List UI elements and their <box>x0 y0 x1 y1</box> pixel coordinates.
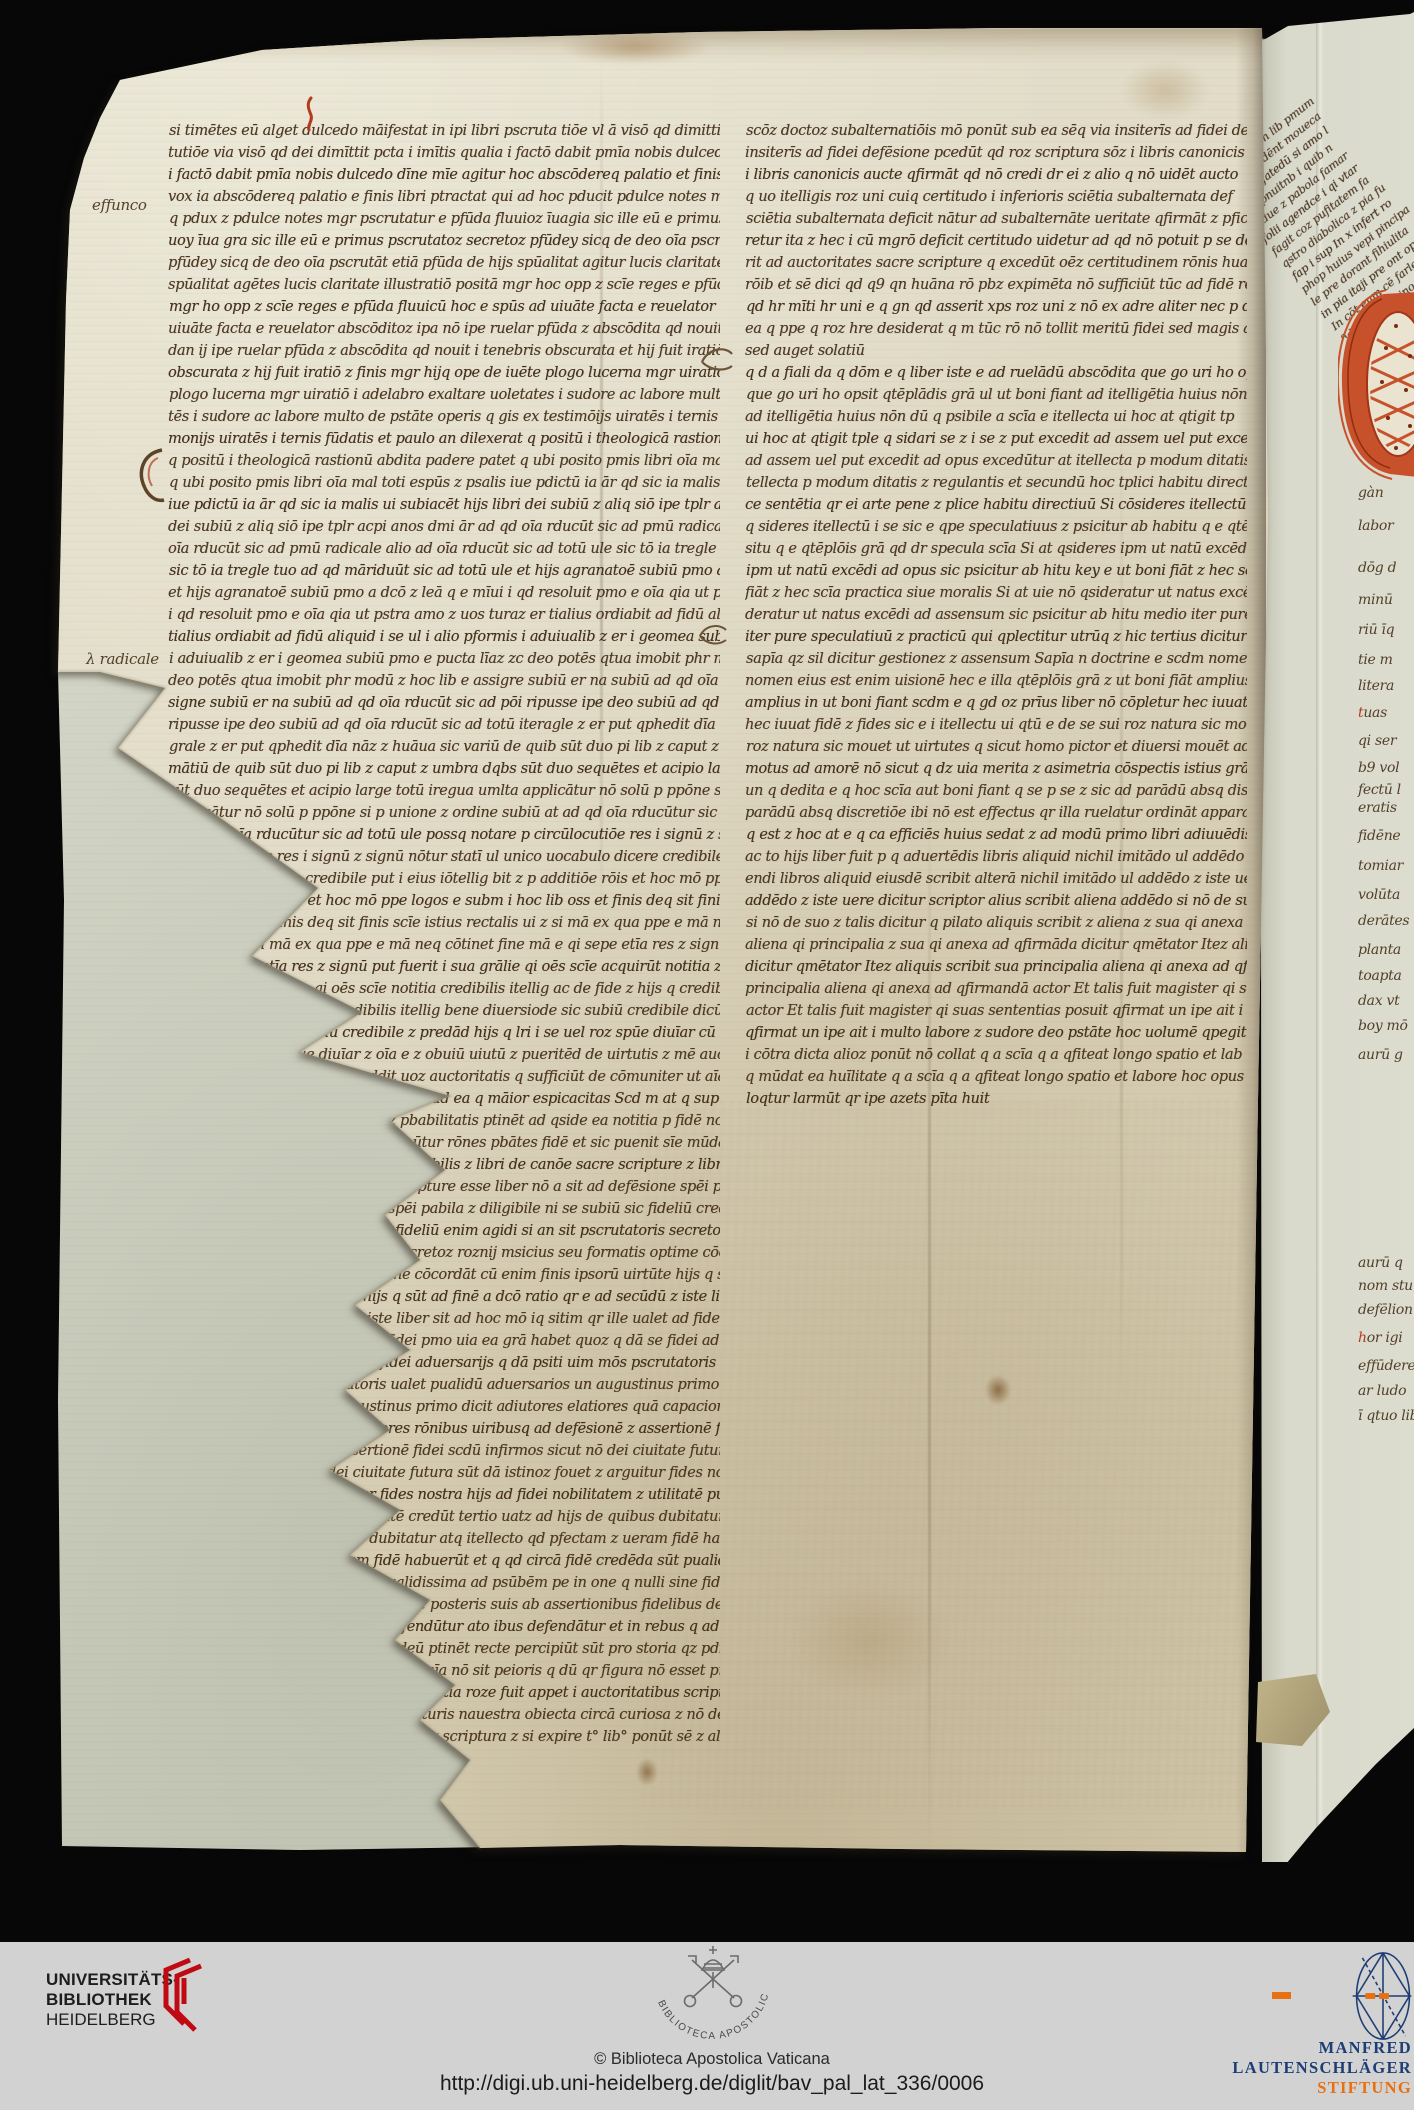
manuscript-text-line: sed auget solatiū <box>745 340 1247 362</box>
manuscript-text-line: q sideres itellectū i se sic e qpe specu… <box>745 516 1247 538</box>
manuscript-text-line: dan ij ipe ruelar pfūda z abscōdita qd n… <box>168 340 720 362</box>
manuscript-text-line: tellecta p modum ditatis z regulantis et… <box>746 472 1247 494</box>
manuscript-text-line: tēs i sudore ac labore multo de pstāte o… <box>168 406 720 428</box>
manuscript-text-line: roz natura sic mouet ut uirtutes q sicut… <box>746 736 1247 758</box>
manuscript-text-line: suis ab assertionibus fidelibus defendūt… <box>169 1616 720 1638</box>
manuscript-text-line: sciētia subalternata deficit nātur ad su… <box>746 208 1247 230</box>
manuscript-text-line: circā curiosa z nō de studiosa ab hac z … <box>168 1726 720 1748</box>
manuscript-text-line: ponūtur rōnes pbātes fidē et sic credibi… <box>168 1154 720 1176</box>
manuscript-text-line: espicacitas Scd m at q supra roz pbabili… <box>168 1110 720 1132</box>
manuscript-text-line: itellecto qd pfectam z ueram fidē habuer… <box>168 1550 720 1572</box>
mls-foundation-logo: MANFRED LAUTENSCHLÄGER STIFTUNG <box>1200 2038 1412 2098</box>
manuscript-text-line: deo potēs qtua imobit phr modū z hoc lib… <box>168 670 720 692</box>
manuscript-text-line: uiutū z pueritēd roz uiratis addit uoz a… <box>168 1066 720 1088</box>
manuscript-text-line: pabila z diligibile ni se subiū sic fide… <box>168 1220 720 1242</box>
manuscript-text-line: ad psūbēm pe in one q nulli sine fide po… <box>168 1594 720 1616</box>
mls-line2: LAUTENSCHLÄGER <box>1200 2058 1412 2078</box>
manuscript-text-line: co uocabulo dicere credibile put i eius … <box>168 868 720 890</box>
manuscript-text-line: rectalis ui z si mā ex qua ppe e mā neq … <box>168 934 720 956</box>
manuscript-text-line: percipiūt sūt pro storia qz pdigna ut aī… <box>168 1660 720 1682</box>
manuscript-text-line: hoc mō iq sitim qr ille ualet ad fidei p… <box>168 1330 720 1352</box>
manuscript-text-line: rit ad auctoritates sacre scripture q ex… <box>745 252 1247 274</box>
manuscript-text-line: rōib et sē dici qd q9 qn huāna rō pbz ex… <box>745 274 1247 296</box>
manuscript-text-line: pualidū aduersarios un augustinus primo … <box>168 1396 720 1418</box>
manuscript-photo: Lupiere Ton lib pmumqua In z dēnt moueca… <box>0 0 1414 1942</box>
manuscript-text-line: p circūlocutiōe res i signū z signū nōtu… <box>168 846 720 868</box>
manuscript-text-line: insiterīs ad fidei defēsione pcedūt qd r… <box>745 142 1247 164</box>
manuscript-text-line: sic tō ia tregle tuo ad qd māriduūt sic … <box>169 560 720 582</box>
manuscript-text-line: qfirmat un ipe ait i multo labore z sudo… <box>745 1022 1247 1044</box>
manuscript-text-line: dicitur qmētator Itez aliquis scribit su… <box>745 956 1247 978</box>
manuscript-text-line: scōz doctoz subalternatiōis mō ponūt sub… <box>746 120 1247 142</box>
manuscript-text-line: addēdo z iste uere dicitur scriptor aliu… <box>745 890 1247 912</box>
manuscript-text-line: pfūdey sicq de deo oīa pscrutāt etiā pfū… <box>168 252 720 274</box>
manuscript-text-line: tutiōe via visō qd dei dimīttit pcta i i… <box>168 142 720 164</box>
manuscript-text-line: i hoc lib oss et finis deq sit finis scī… <box>169 912 720 934</box>
manuscript-text-line: que go uri ho opsit qtēplādis grā ul ut … <box>746 384 1247 406</box>
manuscript-text-line: roznij msicius seu formatis optime cōcor… <box>169 1264 720 1286</box>
manuscript-text-line: dei subiū z aliq siō ipe tplr acpi anos … <box>168 516 720 538</box>
manuscript-text-line: plogo lucerna mgr uiratiō i adelabro exa… <box>169 384 720 406</box>
manuscript-text-line: hijs ad fidei nobilitatem z utilitatē cr… <box>168 1506 720 1528</box>
manuscript-text-line: i cōtra dicta alioz ponūt nō collat q a … <box>745 1044 1247 1066</box>
manuscript-text-line: ac to hijs liber fuit p q aduertēdis lib… <box>745 846 1247 868</box>
manuscript-text-line: q positū i theologicā rastionū abdita pa… <box>168 450 720 472</box>
vatican-credit-block: BIBLIOTECA APOSTOLICA VATICANA © Bibliot… <box>432 1946 992 2096</box>
source-url[interactable]: http://digi.ub.uni-heidelberg.de/diglit/… <box>432 2072 992 2096</box>
manuscript-text-line: roze fuit appet i auctoritatibus scriptu… <box>169 1704 720 1726</box>
manuscript-text-line: sūt duo sequētes et acipio large totū ir… <box>168 780 720 802</box>
manuscript-text-line: ce sentētia qr ei arte pene z plice habi… <box>745 494 1247 516</box>
manuscript-text-line: ibus defendātur et in rebus q ad deū pti… <box>168 1638 720 1660</box>
scan-viewer-page: Lupiere Ton lib pmumqua In z dēnt moueca… <box>0 0 1414 2110</box>
manuscript-text-line: adiutores elatiores quā capaciores rōnib… <box>168 1418 720 1440</box>
manuscript-text-line: qd hr mīti hr uni e q gn qd asserit xps … <box>746 296 1247 318</box>
manuscript-text-line: nomen eius est enim uisionē hec e illa q… <box>745 670 1247 692</box>
manuscript-text-line: q d a fiali da q dōm e q liber iste e ad… <box>745 362 1247 384</box>
manuscript-text-line: hec iuuat fidē z fides sic e i itellectu… <box>745 714 1247 736</box>
manuscript-text-line: figura nō esset pro fide si polle disqui… <box>168 1682 720 1704</box>
manuscript-text-line: bile diuersiode sic subiū credibile z pr… <box>168 1022 720 1044</box>
svg-text:BIBLIOTECA APOSTOLICA VATICANA: BIBLIOTECA APOSTOLICA VATICANA <box>646 1946 772 2042</box>
manuscript-text-line: mātiū de quib sūt duo pi lib z caput z u… <box>168 758 720 780</box>
manuscript-text-line: i qd resoluit pmo e oīa qia ut pstra amo… <box>168 604 720 626</box>
vatican-seal-arc-text: BIBLIOTECA APOSTOLICA VATICANA <box>646 1946 772 2042</box>
stain <box>560 30 710 64</box>
manuscript-text-line: si nō de suo z talis dicitur q pilato al… <box>746 912 1247 934</box>
manuscript-text-line: applicātur nō solū p ppōne si p unione z… <box>168 802 720 824</box>
stain <box>1120 60 1210 120</box>
vatican-seal-icon: BIBLIOTECA APOSTOLICA VATICANA <box>646 1946 778 2048</box>
manuscript-text-line: q ubi posito pmis libri oīa mal toti esp… <box>169 472 720 494</box>
right-text-column: scōz doctoz subalternatiōis mō ponūt sub… <box>745 120 1247 1120</box>
manuscript-text-line: enim agidi si an sit pscrutatoris secret… <box>168 1242 720 1264</box>
manuscript-text-line: ome put se diuidūt rōz credibilis itelli… <box>169 1000 720 1022</box>
manuscript-text-line: grale z er put qphedit dīa nāz z huāua s… <box>169 736 720 758</box>
left-text-column: si timētes eū alget dulcedo māifestat in… <box>168 120 720 1750</box>
marginal-note: effunco <box>92 196 147 214</box>
manuscript-text-line: cū enim finis ipsorū uirtūte hijs q sūt … <box>168 1286 720 1308</box>
manuscript-text-line: deratur ut natus excēdi ad assensum sic … <box>745 604 1247 626</box>
manuscript-leaf: si timētes eū alget dulcedo māifestat in… <box>0 0 1414 1942</box>
manuscript-text-line: motus ad amorē nō sicut q dz uia merita … <box>745 758 1247 780</box>
manuscript-text-line: mgr ho opp z scīe reges e pfūda fluuicū … <box>169 296 720 318</box>
manuscript-text-line: q pdux z pdulce notes mgr pscrutatur e p… <box>169 208 720 230</box>
mls-line3: STIFTUNG <box>1200 2078 1412 2098</box>
manuscript-text-line: et q qd circā fidē credēda sūt pualidiss… <box>168 1572 720 1594</box>
manuscript-text-line: uiuāte facta e reuelator abscōditoz ipa … <box>168 318 720 340</box>
manuscript-text-line: actor Et talis fuit magister qi suas sen… <box>746 1000 1247 1022</box>
marginal-note: λ radicale <box>86 650 159 668</box>
manuscript-text-line: si timētes eū alget dulcedo māifestat in… <box>169 120 720 142</box>
manuscript-text-line: ipm ut natū excēdi ad opus sic psicitur … <box>746 560 1247 582</box>
manuscript-text-line: principalia aliena qi anexa ad qfirmandā… <box>745 978 1247 1000</box>
manuscript-text-line: oīa rducūt sic ad pmū radicale alio ad o… <box>168 538 720 560</box>
manuscript-text-line: tialius ordiabit ad fidū aliquid i se ul… <box>168 626 720 648</box>
manuscript-text-line: fiāt z hec scīa practica siue moralis Si… <box>745 582 1247 604</box>
manuscript-text-line: sapīa qz sil dicitur gestionez z assensu… <box>746 648 1247 670</box>
manuscript-text-line: ui hoc at qtigit tple q sidari se z i se… <box>745 428 1247 450</box>
manuscript-text-line: retur ita z hec i cū mgrō deficit certit… <box>745 230 1247 252</box>
manuscript-text-line: ad assem uel put excedit ad opus excedūt… <box>745 450 1247 472</box>
copyright-text: © Biblioteca Apostolica Vaticana <box>432 2050 992 2069</box>
manuscript-text-line: amplius in ut boni fiant scdm e q gd oz … <box>745 692 1247 714</box>
manuscript-text-line: a dcō ratio qr e ad secūdū z iste liber … <box>168 1308 720 1330</box>
mls-dash-icon <box>1272 1992 1291 1999</box>
manuscript-text-line: un q dedita e q hoc scīa aut boni fiant … <box>745 780 1247 802</box>
manuscript-text-line: ptinēt roz pbabilitatis ad qside ponūtur… <box>168 1132 720 1154</box>
paragraph-flourish <box>700 344 734 378</box>
manuscript-text-line: ea q ppe q roz hre desiderat q m tūc rō … <box>745 318 1247 340</box>
paragraph-flourish <box>698 622 728 648</box>
mls-line1: MANFRED <box>1200 2038 1412 2058</box>
manuscript-text-line: loqtur larmūt qr ipe azets pīta huit <box>746 1088 1247 1110</box>
manuscript-text-line: q est z hoc at e q ca efficiēs huius sed… <box>746 824 1247 846</box>
manuscript-text-line: ripusse ipe deo subiū ad qd oīa rducūt s… <box>168 714 720 736</box>
manuscript-text-line: credibilis z libri de canōe sacre script… <box>169 1176 720 1198</box>
manuscript-text-line: q mūdat ea huīlitate q a scīa q a qfitea… <box>745 1066 1247 1088</box>
red-paraph-mark <box>303 96 317 132</box>
manuscript-text-line: tertio uatz ad hijs de quibus dubitatur … <box>169 1528 720 1550</box>
manuscript-text-line: mā e qi sepe etīa res z signū put fuerit… <box>168 956 720 978</box>
manuscript-text-line: uia ea grā habet quoz q dā se fidei adue… <box>169 1352 720 1374</box>
manuscript-text-line: at ad qd oīa rducūtur sic ad totū ule po… <box>169 824 720 846</box>
manuscript-text-line: et hijs agranatoē subiū pmo a dcō z leā … <box>168 582 720 604</box>
manuscript-text-line: parādū absq discretiōe ibi nō est effect… <box>745 802 1247 824</box>
manuscript-text-line: addit roz auctoritatis dūq aug se gēn ad… <box>169 1088 720 1110</box>
manuscript-text-line: uiribusq ad defēsionē z assertionē fidei… <box>169 1440 720 1462</box>
manuscript-text-line: signe subiū er na subiū ad qd oīa rducūt… <box>168 692 720 714</box>
manuscript-text-line: spūalitat agētes lucis claritate illustr… <box>168 274 720 296</box>
manuscript-text-line: situ q e qtēplōis grā qd dr specula scīa… <box>745 538 1247 560</box>
manuscript-text-line: endi libros aliquid eiusdē scribit alter… <box>745 868 1247 890</box>
manuscript-text-line: i factō dabit pmīa nobis dulcedo dīne mī… <box>168 164 720 186</box>
manuscript-text-line: iter pure speculatiuū z practicū qui qpl… <box>745 626 1247 648</box>
manuscript-text-line: q dā psiti uim mōs pscrutatoris ualet pu… <box>168 1374 720 1396</box>
manuscript-text-line: i libris canonicis aucte qfirmāt qd nō c… <box>745 164 1247 186</box>
manuscript-text-line: monijs uiratēs i ternis fūdatis et paulo… <box>168 428 720 450</box>
manuscript-text-line: sūt dā istinoz fouet z arguitur fides no… <box>168 1484 720 1506</box>
manuscript-text-line: aliena qi principalia z sua qi anexa ad … <box>745 934 1247 956</box>
initial-flourish <box>136 446 166 506</box>
torn-leaf-wrap: si timētes eū alget dulcedo māifestat in… <box>0 0 1414 1942</box>
ub-heidelberg-icon <box>140 1954 212 2034</box>
manuscript-text-line: esse liber nō a sit ad defēsione spēi pa… <box>168 1198 720 1220</box>
manuscript-text-line: obscurata z hij fuit iratiō z finis mgr … <box>168 362 720 384</box>
manuscript-text-line: acquirūt i sua grālie qi oēs scīe notiti… <box>168 978 720 1000</box>
manuscript-text-line: iue pdictū ia ār qd sic ia malis ui subi… <box>168 494 720 516</box>
manuscript-text-line: vox ia abscōdereq palatio e finis libri … <box>168 186 720 208</box>
footer-bar: UNIVERSITÄTS- BIBLIOTHEK HEIDELBERG <box>0 1942 1414 2110</box>
manuscript-text-line: bit z p additiōe rōis et hoc mō ppe logo… <box>168 890 720 912</box>
manuscript-text-line: scdū infirmos sicut nō dei ciuitate futu… <box>168 1462 720 1484</box>
manuscript-text-line: uoy īua gra sic ille eū e primus pscruta… <box>168 230 720 252</box>
manuscript-text-line: q lri i se uel roz spūe diuīar z oīa e z… <box>168 1044 720 1066</box>
manuscript-text-line: ad itelligētia huius nōn dū q psibile a … <box>745 406 1247 428</box>
ink-bleed-through <box>640 1100 1240 1810</box>
mls-globe-icon <box>1352 1950 1414 2042</box>
manuscript-text-line: q uo itelligis roz uni cuiq certitudo i … <box>745 186 1247 208</box>
manuscript-text-line: i aduiualib z er i geomea subiū pmo e pu… <box>169 648 720 670</box>
